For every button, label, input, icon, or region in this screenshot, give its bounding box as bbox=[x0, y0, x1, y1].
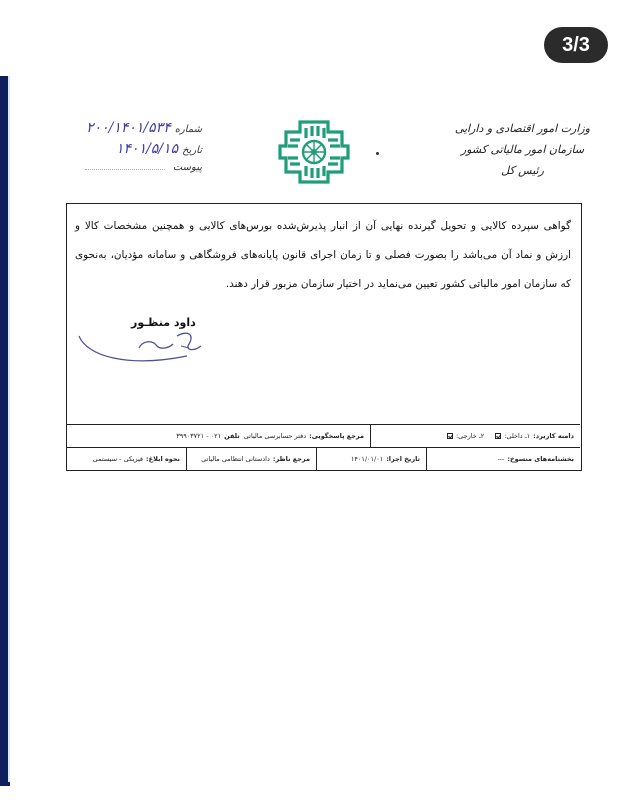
number-value: ۲۰۰/۱۴۰۱/۵۳۴ bbox=[86, 120, 171, 136]
letterhead: وزارت امور اقتصادی و دارایی سازمان امور … bbox=[455, 118, 590, 181]
effective-value: ۱۴۰۱/۰۱/۰۱ bbox=[351, 455, 383, 463]
delivery-label: نحوه ابلاغ: bbox=[146, 455, 180, 463]
responder-value: دفتر حسابرسی مالیاتی bbox=[244, 432, 306, 440]
annulled-cell: بخشنامه‌های منسوخ: --- bbox=[426, 448, 580, 470]
effective-label: تاریخ اجرا: bbox=[386, 455, 420, 463]
supervisor-cell: مرجع ناظر: دادستانی انتظامی مالیاتی bbox=[186, 448, 316, 470]
delivery-value: فیزیکی - سیستمی bbox=[93, 455, 143, 463]
annulled-label: بخشنامه‌های منسوخ: bbox=[507, 455, 574, 463]
annulled-value: --- bbox=[497, 455, 504, 463]
scope-cell: دامنه کاربرد: ۱ـ داخلی: ۲ـ خارجی: bbox=[370, 425, 580, 447]
signature-icon bbox=[77, 326, 207, 376]
supervisor-value: دادستانی انتظامی مالیاتی bbox=[201, 455, 270, 463]
footer-row-scope: دامنه کاربرد: ۱ـ داخلی: ۲ـ خارجی: مرجع پ… bbox=[67, 424, 580, 447]
letter-meta: شماره ۲۰۰/۱۴۰۱/۵۳۴ تاریخ ۱۴۰۱/۵/۱۵ پیوست bbox=[52, 120, 202, 183]
office-title: رئیس کل bbox=[455, 160, 590, 181]
external-checkbox bbox=[447, 433, 453, 439]
attachment-line bbox=[85, 169, 165, 170]
viewer-left-edge bbox=[0, 76, 10, 784]
supervisor-label: مرجع ناظر: bbox=[273, 455, 310, 463]
internal-checkbox bbox=[495, 433, 501, 439]
attachment-label: پیوست bbox=[173, 162, 202, 173]
footer-row-info: بخشنامه‌های منسوخ: --- تاریخ اجرا: ۱۴۰۱/… bbox=[67, 447, 580, 470]
phone-label: تلفن bbox=[224, 432, 240, 440]
tax-organization-logo-icon bbox=[276, 118, 352, 186]
external-label: ۲ـ خارجی: bbox=[456, 432, 484, 440]
scope-label: دامنه کاربرد: bbox=[533, 432, 574, 440]
decorative-dot bbox=[376, 152, 379, 155]
delivery-cell: نحوه ابلاغ: فیزیکی - سیستمی bbox=[67, 448, 186, 470]
letter-body-box: گواهی سپرده کالایی و تحویل گیرنده نهایی … bbox=[66, 203, 582, 471]
letter-number-row: شماره ۲۰۰/۱۴۰۱/۵۳۴ bbox=[52, 120, 202, 141]
internal-label: ۱ـ داخلی: bbox=[504, 432, 530, 440]
date-label: تاریخ bbox=[182, 145, 202, 156]
attachment-row: پیوست bbox=[52, 162, 202, 183]
date-value: ۱۴۰۱/۵/۱۵ bbox=[116, 141, 178, 157]
organization-name: سازمان امور مالیاتی کشور bbox=[455, 139, 590, 160]
letter-date-row: تاریخ ۱۴۰۱/۵/۱۵ bbox=[52, 141, 202, 162]
phone-value: ۰۲۱ - ۳۹۹۰۳۷۲۱ bbox=[176, 432, 221, 440]
number-label: شماره bbox=[175, 124, 202, 135]
page-indicator-badge: 3/3 bbox=[544, 27, 608, 63]
ministry-name: وزارت امور اقتصادی و دارایی bbox=[455, 118, 590, 139]
responder-cell: مرجع پاسخگویی: دفتر حسابرسی مالیاتی تلفن… bbox=[67, 425, 370, 447]
effective-date-cell: تاریخ اجرا: ۱۴۰۱/۰۱/۰۱ bbox=[316, 448, 426, 470]
responder-label: مرجع پاسخگویی: bbox=[309, 432, 364, 440]
viewer-left-edge-foot bbox=[0, 782, 10, 786]
letter-body-text: گواهی سپرده کالایی و تحویل گیرنده نهایی … bbox=[75, 212, 571, 299]
